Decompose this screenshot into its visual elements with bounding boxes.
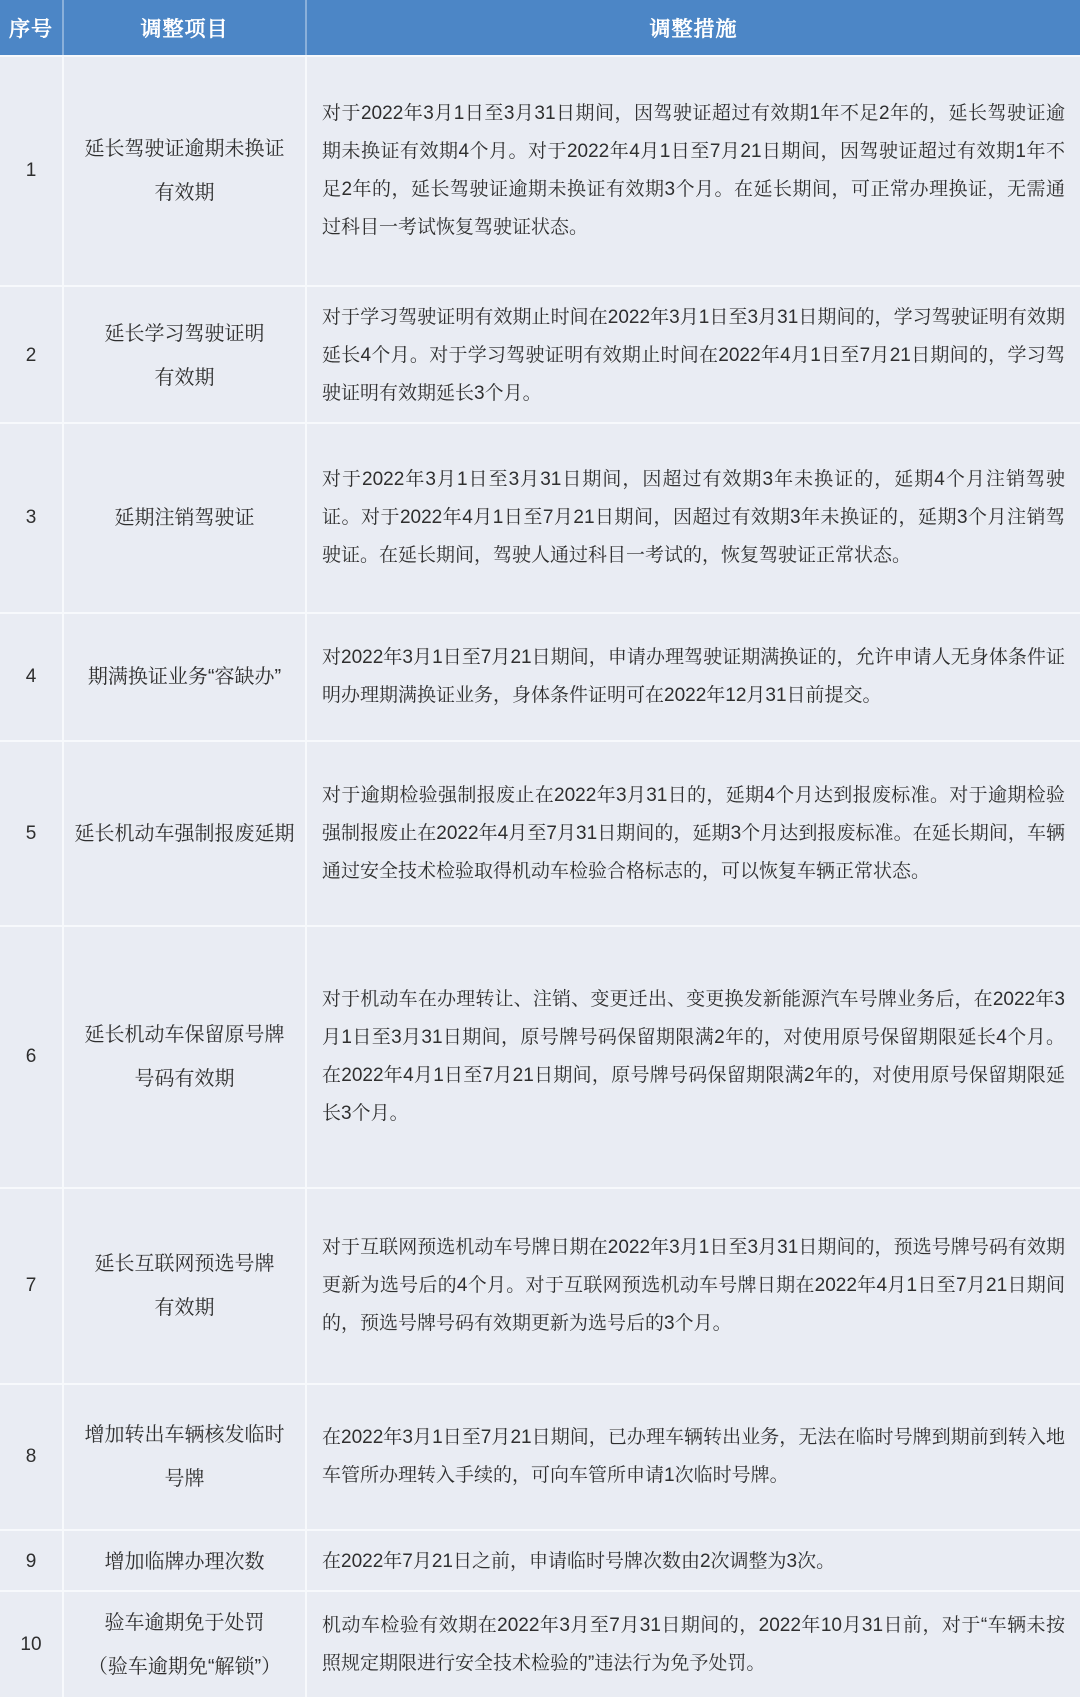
cell-measure: 在2022年7月21日之前，申请临时号牌次数由2次调整为3次。: [305, 1531, 1080, 1593]
cell-measure: 对2022年3月1日至7月21日期间，申请办理驾驶证期满换证的，允许申请人无身体…: [305, 614, 1080, 740]
cell-measure: 在2022年3月1日至7月21日期间，已办理车辆转出业务，无法在临时号牌到期前到…: [305, 1385, 1080, 1529]
cell-no: 7: [0, 1189, 62, 1383]
cell-no: 2: [0, 287, 62, 425]
cell-measure: 对于机动车在办理转让、注销、变更迁出、变更换发新能源汽车号牌业务后，在2022年…: [305, 927, 1080, 1187]
cell-no: 10: [0, 1592, 62, 1697]
cell-measure: 对于2022年3月1日至3月31日期间，因超过有效期3年未换证的，延期4个月注销…: [305, 424, 1080, 612]
header-cell-no: 序号: [0, 0, 62, 55]
cell-item: 延长机动车保留原号牌 号码有效期: [62, 927, 305, 1187]
cell-no: 1: [0, 57, 62, 285]
cell-item: 增加转出车辆核发临时 号牌: [62, 1385, 305, 1529]
table-row: 3 延期注销驾驶证 对于2022年3月1日至3月31日期间，因超过有效期3年未换…: [0, 422, 1080, 612]
cell-item: 延长学习驾驶证明 有效期: [62, 287, 305, 425]
header-cell-item: 调整项目: [62, 0, 305, 55]
cell-no: 8: [0, 1385, 62, 1529]
cell-item: 期满换证业务“容缺办”: [62, 614, 305, 740]
cell-no: 6: [0, 927, 62, 1187]
header-cell-measure: 调整措施: [305, 0, 1080, 55]
table-row: 1 延长驾驶证逾期未换证 有效期 对于2022年3月1日至3月31日期间，因驾驶…: [0, 55, 1080, 285]
cell-no: 9: [0, 1531, 62, 1593]
cell-item: 延长驾驶证逾期未换证 有效期: [62, 57, 305, 285]
cell-measure: 对于学习驾驶证明有效期止时间在2022年3月1日至3月31日期间的，学习驾驶证明…: [305, 287, 1080, 425]
table-row: 5 延长机动车强制报废延期 对于逾期检验强制报废止在2022年3月31日的，延期…: [0, 740, 1080, 925]
cell-measure: 对于逾期检验强制报废止在2022年3月31日的，延期4个月达到报废标准。对于逾期…: [305, 742, 1080, 925]
table-header-row: 序号 调整项目 调整措施: [0, 0, 1080, 55]
cell-item: 增加临牌办理次数: [62, 1531, 305, 1593]
table-row: 2 延长学习驾驶证明 有效期 对于学习驾驶证明有效期止时间在2022年3月1日至…: [0, 285, 1080, 422]
cell-measure: 机动车检验有效期在2022年3月至7月31日期间的，2022年10月31日前，对…: [305, 1592, 1080, 1697]
cell-measure: 对于2022年3月1日至3月31日期间，因驾驶证超过有效期1年不足2年的，延长驾…: [305, 57, 1080, 285]
table-row: 9 增加临牌办理次数 在2022年7月21日之前，申请临时号牌次数由2次调整为3…: [0, 1529, 1080, 1590]
table-row: 10 验车逾期免于处罚 （验车逾期免“解锁”） 机动车检验有效期在2022年3月…: [0, 1590, 1080, 1697]
cell-item: 延期注销驾驶证: [62, 424, 305, 612]
table-row: 4 期满换证业务“容缺办” 对2022年3月1日至7月21日期间，申请办理驾驶证…: [0, 612, 1080, 740]
cell-measure: 对于互联网预选机动车号牌日期在2022年3月1日至3月31日期间的，预选号牌号码…: [305, 1189, 1080, 1383]
notice-table-page: 序号 调整项目 调整措施 1 延长驾驶证逾期未换证 有效期 对于2022年3月1…: [0, 0, 1080, 1697]
table-row: 8 增加转出车辆核发临时 号牌 在2022年3月1日至7月21日期间，已办理车辆…: [0, 1383, 1080, 1529]
cell-no: 4: [0, 614, 62, 740]
table-row: 6 延长机动车保留原号牌 号码有效期 对于机动车在办理转让、注销、变更迁出、变更…: [0, 925, 1080, 1187]
table-row: 7 延长互联网预选号牌 有效期 对于互联网预选机动车号牌日期在2022年3月1日…: [0, 1187, 1080, 1383]
cell-no: 5: [0, 742, 62, 925]
adjustment-table: 序号 调整项目 调整措施 1 延长驾驶证逾期未换证 有效期 对于2022年3月1…: [0, 0, 1080, 1697]
cell-item: 验车逾期免于处罚 （验车逾期免“解锁”）: [62, 1592, 305, 1697]
cell-item: 延长机动车强制报废延期: [62, 742, 305, 925]
cell-item: 延长互联网预选号牌 有效期: [62, 1189, 305, 1383]
cell-no: 3: [0, 424, 62, 612]
